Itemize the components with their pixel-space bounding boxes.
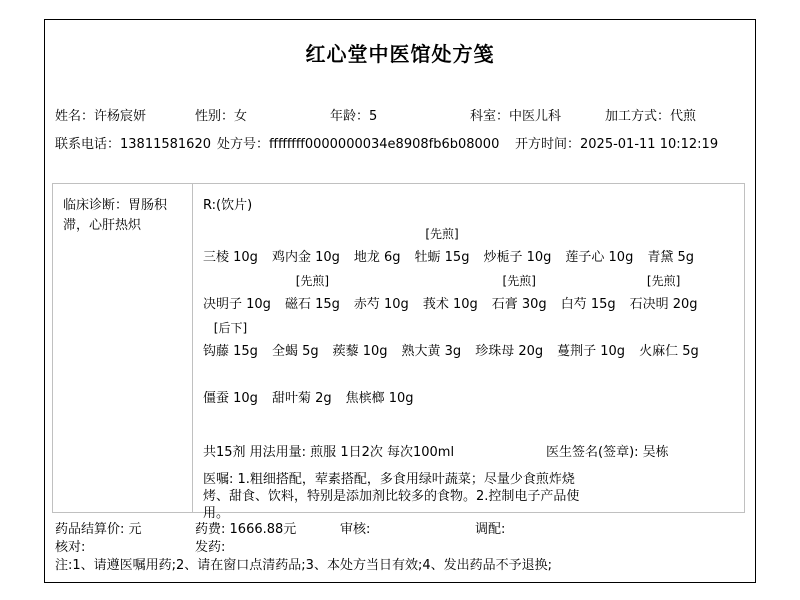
herb-name-qty: 全蝎 5g (272, 339, 319, 364)
herb-decoction-note (203, 364, 258, 386)
herb-item: [先煎]牡蛎 15g (415, 223, 470, 270)
check-label: 核对: (55, 540, 85, 555)
rx-number-value: ffffffff0000000034e8908fb6b08000 (269, 137, 499, 152)
processing-method-field: 加工方式：代煎 (605, 109, 696, 125)
herb-decoction-note (354, 223, 401, 245)
herb-item: 青黛 5g (647, 223, 694, 270)
review-label: 审核: (340, 522, 370, 537)
clinical-diagnosis: 临床诊断：胃肠积滞，心肝热炽 (53, 184, 193, 512)
phone-field: 联系电话：13811581620 (55, 137, 211, 153)
herb-decoction-note (557, 317, 625, 339)
prescription-body: 临床诊断：胃肠积滞，心肝热炽 R:(饮片) 三棱 10g 鸡内金 10g 地龙 … (52, 183, 745, 513)
herb-name-qty: 钩藤 15g (203, 339, 258, 364)
herb-name-qty: 莪术 10g (423, 292, 478, 317)
settle-price-value: 元 (129, 522, 142, 537)
issue-field: 发药: (195, 540, 225, 556)
herb-decoction-note (203, 223, 258, 245)
herb-name-qty: 白芍 15g (561, 292, 616, 317)
herb-decoction-note (333, 317, 388, 339)
herb-decoction-note (272, 364, 332, 386)
herb-item: 蒺藜 10g (333, 317, 388, 364)
issue-time-field: 开方时间：2025-01-11 10:12:19 (515, 137, 718, 153)
herb-item: 熟大黄 3g (402, 317, 462, 364)
herb-row: 三棱 10g 鸡内金 10g 地龙 6g[先煎]牡蛎 15g 炒栀子 10g 莲… (203, 223, 744, 270)
footer-note: 注:1、请遵医嘱用药;2、请在窗口点清药品;3、本处方当日有效;4、发出药品不予… (55, 558, 552, 574)
prescription-document: 红心堂中医馆处方笺 姓名：许杨宸妍 性别：女 年龄：5 科室：中医儿科 加工方式… (44, 19, 756, 583)
herb-decoction-note (354, 270, 409, 292)
document-title: 红心堂中医馆处方笺 (45, 38, 755, 67)
herb-item: 僵蚕 10g (203, 364, 258, 411)
herb-name-qty: 熟大黄 3g (402, 339, 462, 364)
doctor-signature-value: 吴栋 (643, 445, 669, 460)
herb-decoction-note: [先煎] (415, 223, 470, 245)
rx-header: R:(饮片) (203, 196, 744, 216)
herb-name-qty: 牡蛎 15g (415, 245, 470, 270)
patient-age-value: 5 (369, 109, 377, 124)
patient-gender-label: 性别： (195, 109, 234, 124)
herb-item: 全蝎 5g (272, 317, 319, 364)
herb-decoction-note (475, 317, 543, 339)
diagnosis-label: 临床诊断： (63, 198, 128, 213)
herb-item: 决明子 10g (203, 270, 271, 317)
patient-age-label: 年龄： (330, 109, 369, 124)
herb-item: [先煎]石决明 20g (630, 270, 698, 317)
herb-item: 鸡内金 10g (272, 223, 340, 270)
herb-item: 白芍 15g (561, 270, 616, 317)
herb-name-qty: 磁石 15g (285, 292, 340, 317)
processing-method-value: 代煎 (670, 109, 696, 124)
phone-value: 13811581620 (120, 137, 211, 152)
patient-age-field: 年龄：5 (330, 109, 377, 125)
herb-row: 僵蚕 10g 甜叶菊 2g 焦槟榔 10g (203, 364, 744, 411)
herb-name-qty: 青黛 5g (647, 245, 694, 270)
patient-name-field: 姓名：许杨宸妍 (55, 109, 146, 125)
herb-item: 蔓荆子 10g (557, 317, 625, 364)
herb-item: 炒栀子 10g (483, 223, 551, 270)
herb-item: 三棱 10g (203, 223, 258, 270)
herb-decoction-note (483, 223, 551, 245)
herb-item: 焦槟榔 10g (346, 364, 414, 411)
dispense-label: 调配: (475, 522, 505, 537)
herb-name-qty: 莲子心 10g (565, 245, 633, 270)
phone-label: 联系电话： (55, 137, 120, 152)
check-field: 核对: (55, 540, 85, 556)
fee-label: 药费: (195, 522, 225, 537)
herb-decoction-note (272, 223, 340, 245)
herb-name-qty: 炒栀子 10g (483, 245, 551, 270)
herb-decoction-note (423, 270, 478, 292)
patient-department-value: 中医儿科 (509, 109, 561, 124)
settle-price-field: 药品结算价: 元 (55, 522, 142, 538)
herb-item: 珍珠母 20g (475, 317, 543, 364)
rx-number-field: 处方号：ffffffff0000000034e8908fb6b08000 (217, 137, 499, 153)
patient-department-field: 科室：中医儿科 (470, 109, 561, 125)
doctor-signature-label: 医生签名(签章): (546, 445, 643, 460)
settle-price-label: 药品结算价: (55, 522, 124, 537)
herb-decoction-note (346, 364, 414, 386)
review-field: 审核: (340, 522, 370, 538)
processing-method-label: 加工方式： (605, 109, 670, 124)
herb-name-qty: 决明子 10g (203, 292, 271, 317)
herb-item: 火麻仁 5g (639, 317, 699, 364)
doctor-signature: 医生签名(签章): 吴栋 (546, 443, 669, 463)
herb-item: 莪术 10g (423, 270, 478, 317)
patient-gender-value: 女 (234, 109, 247, 124)
herb-decoction-note (565, 223, 633, 245)
patient-name-value: 许杨宸妍 (94, 109, 146, 124)
herb-name-qty: 三棱 10g (203, 245, 258, 270)
rx-number-label: 处方号： (217, 137, 269, 152)
herb-name-qty: 地龙 6g (354, 245, 401, 270)
patient-department-label: 科室： (470, 109, 509, 124)
issue-time-label: 开方时间： (515, 137, 580, 152)
dispense-field: 调配: (475, 522, 505, 538)
herb-item: [先煎]石膏 30g (492, 270, 547, 317)
herb-name-qty: 蒺藜 10g (333, 339, 388, 364)
herb-item: 甜叶菊 2g (272, 364, 332, 411)
herb-name-qty: 鸡内金 10g (272, 245, 340, 270)
herb-item: [先煎]磁石 15g (285, 270, 340, 317)
patient-gender-field: 性别：女 (195, 109, 247, 125)
fee-value: 1666.88元 (230, 522, 297, 537)
herb-item: 地龙 6g (354, 223, 401, 270)
herb-decoction-note: [先煎] (492, 270, 547, 292)
medical-advice: 医嘱: 1.粗细搭配，荤素搭配，多食用绿叶蔬菜；尽量少食煎炸烧烤、甜食、饮料，特… (203, 471, 585, 522)
herb-item: 莲子心 10g (565, 223, 633, 270)
herb-name-qty: 蔓荆子 10g (557, 339, 625, 364)
usage-line: 共15剂 用法用量: 煎服 1日2次 每次100ml 医生签名(签章): 吴栋 (203, 443, 744, 463)
herb-rows: 三棱 10g 鸡内金 10g 地龙 6g[先煎]牡蛎 15g 炒栀子 10g 莲… (203, 223, 744, 411)
herb-row: [后下]钩藤 15g 全蝎 5g 蒺藜 10g 熟大黄 3g 珍珠母 20g 蔓… (203, 317, 744, 364)
herb-decoction-note (402, 317, 462, 339)
herb-name-qty: 石决明 20g (630, 292, 698, 317)
herb-decoction-note: [先煎] (630, 270, 698, 292)
herb-item: 赤芍 10g (354, 270, 409, 317)
issue-time-value: 2025-01-11 10:12:19 (580, 137, 718, 152)
herb-name-qty: 火麻仁 5g (639, 339, 699, 364)
herb-name-qty: 珍珠母 20g (475, 339, 543, 364)
herb-name-qty: 赤芍 10g (354, 292, 409, 317)
herb-decoction-note (639, 317, 699, 339)
prescription-page: 红心堂中医馆处方笺 姓名：许杨宸妍 性别：女 年龄：5 科室：中医儿科 加工方式… (0, 0, 800, 600)
herb-decoction-note (647, 223, 694, 245)
usage-text: 共15剂 用法用量: 煎服 1日2次 每次100ml (203, 445, 454, 460)
herb-decoction-note: [后下] (203, 317, 258, 339)
fee-field: 药费: 1666.88元 (195, 522, 296, 538)
herb-decoction-note: [先煎] (285, 270, 340, 292)
herb-decoction-note (272, 317, 319, 339)
herb-item: [后下]钩藤 15g (203, 317, 258, 364)
herb-decoction-note (203, 270, 271, 292)
herb-name-qty: 石膏 30g (492, 292, 547, 317)
herb-name-qty: 甜叶菊 2g (272, 386, 332, 411)
herb-row: 决明子 10g[先煎]磁石 15g 赤芍 10g 莪术 10g[先煎]石膏 30… (203, 270, 744, 317)
herb-name-qty: 僵蚕 10g (203, 386, 258, 411)
rx-column: R:(饮片) 三棱 10g 鸡内金 10g 地龙 6g[先煎]牡蛎 15g 炒栀… (194, 184, 744, 512)
herb-name-qty: 焦槟榔 10g (346, 386, 414, 411)
issue-label: 发药: (195, 540, 225, 555)
patient-name-label: 姓名： (55, 109, 94, 124)
herb-decoction-note (561, 270, 616, 292)
